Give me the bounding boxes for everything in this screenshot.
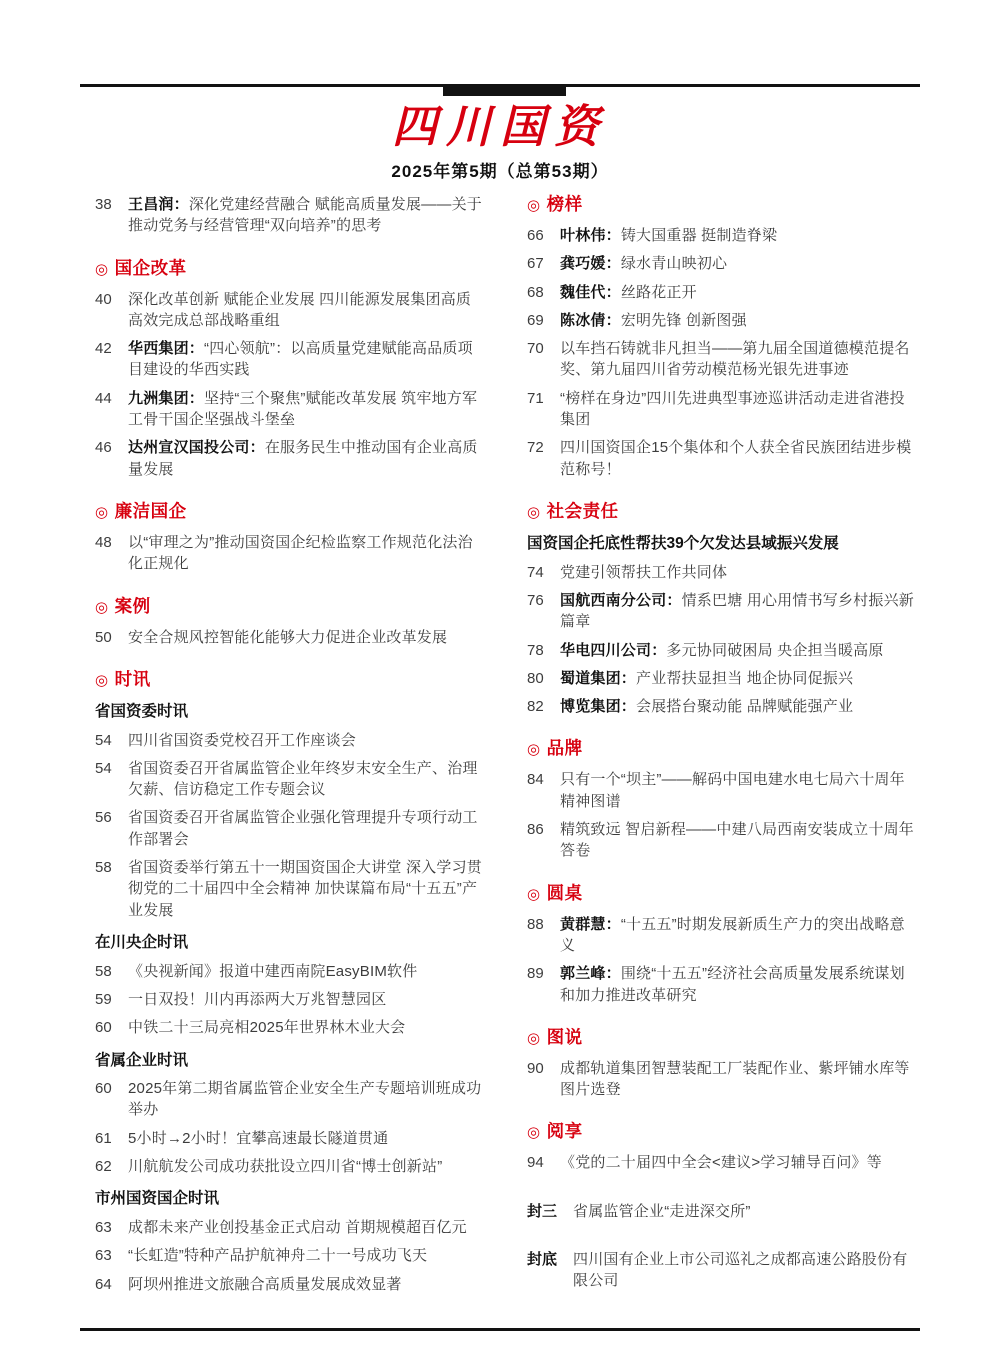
entry-title-text: 只有一个“坝主”——解码中国电建水电七局六十周年精神图谱 <box>560 771 905 809</box>
page-number: 63 <box>95 1217 128 1238</box>
page-number: 82 <box>527 696 560 717</box>
page-number: 42 <box>95 338 128 381</box>
toc-entry: 38王昌润：深化党建经营融合 赋能高质量发展——关于推动党务与经营管理“双向培养… <box>95 194 485 237</box>
entry-title-text: 阿坝州推进文旅融合高质量发展成效显著 <box>128 1276 402 1293</box>
entry-author-name: 陈冰倩： <box>560 312 621 329</box>
masthead: 四川国资 2025年第5期（总第53期） <box>0 102 1000 182</box>
toc-entry: 58省国资委举行第五十一期国资国企大讲堂 深入学习贯彻党的二十届四中全会精神 加… <box>95 857 485 921</box>
section-heading: ◎图说 <box>527 1027 917 1048</box>
page-number: 64 <box>95 1274 128 1295</box>
entry-title-text: 产业帮扶显担当 地企协同促振兴 <box>636 670 853 687</box>
entry-title-text: 四川国有企业上市公司巡礼之成都高速公路股份有限公司 <box>573 1251 907 1289</box>
double-circle-bullet-icon: ◎ <box>527 505 541 520</box>
entry-title-text: 5小时→2小时！宜攀高速最长隧道贯通 <box>128 1130 388 1147</box>
toc-entry: 48以“审理之为”推动国资国企纪检监察工作规范化法治化正规化 <box>95 532 485 575</box>
toc-entry: 58《央视新闻》报道中建西南院EasyBIM软件 <box>95 961 485 982</box>
entry-title: 陈冰倩：宏明先锋 创新图强 <box>560 310 917 331</box>
page-number: 58 <box>95 857 128 921</box>
entry-title: 深化改革创新 赋能企业发展 四川能源发展集团高质高效完成总部战略重组 <box>128 289 485 332</box>
entry-title-text: 丝路花正开 <box>621 284 697 301</box>
entry-title: 郭兰峰：围绕“十五五”经济社会高质量发展系统谋划和加力推进改革研究 <box>560 963 917 1006</box>
entry-title: 中铁二十三局亮相2025年世界林木业大会 <box>128 1017 485 1038</box>
toc-entry: 69陈冰倩：宏明先锋 创新图强 <box>527 310 917 331</box>
entry-author-name: 叶林伟： <box>560 227 621 244</box>
page-number: 40 <box>95 289 128 332</box>
toc-entry: 70以车挡石铸就非凡担当——第九届全国道德模范提名奖、第九届四川省劳动模范杨光银… <box>527 338 917 381</box>
entry-title: 王昌润：深化党建经营融合 赋能高质量发展——关于推动党务与经营管理“双向培养”的… <box>128 194 485 237</box>
double-circle-bullet-icon: ◎ <box>527 887 541 902</box>
section-heading: ◎时讯 <box>95 669 485 690</box>
entry-title-text: 2025年第二期省属监管企业安全生产专题培训班成功举办 <box>128 1080 481 1118</box>
page-number: 76 <box>527 590 560 633</box>
entry-title: 国航西南分公司：情系巴塘 用心用情书写乡村振兴新篇章 <box>560 590 917 633</box>
group-subheading: 国资国企托底性帮扶39个欠发达县域振兴发展 <box>527 533 917 555</box>
entry-title: 华电四川公司：多元协同破困局 央企担当暖高原 <box>560 640 917 661</box>
entry-title-text: 省国资委举行第五十一期国资国企大讲堂 深入学习贯彻党的二十届四中全会精神 加快谋… <box>128 859 482 919</box>
toc-page: 四川国资 2025年第5期（总第53期） 38王昌润：深化党建经营融合 赋能高质… <box>0 0 1000 1356</box>
toc-entry: 54四川省国资委党校召开工作座谈会 <box>95 730 485 751</box>
toc-entry: 72四川国资国企15个集体和个人获全省民族团结进步模范称号！ <box>527 437 917 480</box>
entry-title-text: 深化改革创新 赋能企业发展 四川能源发展集团高质高效完成总部战略重组 <box>128 291 471 329</box>
toc-entry: 90成都轨道集团智慧装配工厂装配作业、紫坪铺水库等图片选登 <box>527 1058 917 1101</box>
toc-entry: 94《党的二十届四中全会<建议>学习辅导百问》等 <box>527 1152 917 1173</box>
entry-title: 精筑致远 智启新程——中建八局西南安装成立十周年答卷 <box>560 819 917 862</box>
entry-title: 华西集团：“四心领航”：以高质量党建赋能高品质项目建设的华西实践 <box>128 338 485 381</box>
entry-title: 5小时→2小时！宜攀高速最长隧道贯通 <box>128 1128 485 1149</box>
bottom-rule <box>80 1328 920 1331</box>
section-heading-label: 图说 <box>547 1027 583 1048</box>
toc-entry: 89郭兰峰：围绕“十五五”经济社会高质量发展系统谋划和加力推进改革研究 <box>527 963 917 1006</box>
double-circle-bullet-icon: ◎ <box>527 1125 541 1140</box>
section-heading-label: 圆桌 <box>547 883 583 904</box>
toc-entry: 82博览集团：会展搭台聚动能 品牌赋能强产业 <box>527 696 917 717</box>
toc-entry: 78华电四川公司：多元协同破困局 央企担当暖高原 <box>527 640 917 661</box>
toc-column-right: ◎榜样66叶林伟：铸大国重器 挺制造脊梁67龚巧媛：绿水青山映初心68魏佳代：丝… <box>527 194 917 1299</box>
section-heading-label: 时讯 <box>115 669 151 690</box>
page-number: 48 <box>95 532 128 575</box>
entry-title: 川航航发公司成功获批设立四川省“博士创新站” <box>128 1156 485 1177</box>
section-heading-label: 廉洁国企 <box>115 501 187 522</box>
page-number: 封底 <box>527 1249 573 1292</box>
toc-entry: 42华西集团：“四心领航”：以高质量党建赋能高品质项目建设的华西实践 <box>95 338 485 381</box>
toc-entry: 封三省属监管企业“走进深交所” <box>527 1201 917 1222</box>
entry-title-text: 省属监管企业“走进深交所” <box>573 1203 751 1220</box>
entry-title-text: 成都轨道集团智慧装配工厂装配作业、紫坪铺水库等图片选登 <box>560 1060 910 1098</box>
entry-title-text: 四川省国资委党校召开工作座谈会 <box>128 732 356 749</box>
page-number: 72 <box>527 437 560 480</box>
toc-entry: 封底四川国有企业上市公司巡礼之成都高速公路股份有限公司 <box>527 1249 917 1292</box>
entry-title: 九洲集团：坚持“三个聚焦”赋能改革发展 筑牢地方军工骨干国企坚强战斗堡垒 <box>128 388 485 431</box>
entry-title-text: “榜样在身边”四川先进典型事迹巡讲活动走进省港投集团 <box>560 390 905 428</box>
page-number: 74 <box>527 562 560 583</box>
group-subheading: 在川央企时讯 <box>95 932 485 954</box>
section-heading: ◎案例 <box>95 596 485 617</box>
entry-title: 龚巧媛：绿水青山映初心 <box>560 253 917 274</box>
entry-title: 达州宣汉国投公司：在服务民生中推动国有企业高质量发展 <box>128 437 485 480</box>
entry-title: 以“审理之为”推动国资国企纪检监察工作规范化法治化正规化 <box>128 532 485 575</box>
entry-author-name: 龚巧媛： <box>560 255 621 272</box>
entry-title-text: 铸大国重器 挺制造脊梁 <box>621 227 777 244</box>
entry-title-text: 以“审理之为”推动国资国企纪检监察工作规范化法治化正规化 <box>128 534 473 572</box>
toc-entry: 54省国资委召开省属监管企业年终岁末安全生产、治理欠薪、信访稳定工作专题会议 <box>95 758 485 801</box>
section-heading-label: 国企改革 <box>115 258 187 279</box>
entry-title: 安全合规风控智能化能够大力促进企业改革发展 <box>128 627 485 648</box>
page-number: 90 <box>527 1058 560 1101</box>
entry-title-text: 一日双投！川内再添两大万兆智慧园区 <box>128 991 386 1008</box>
entry-title-text: 党建引领帮扶工作共同体 <box>560 564 727 581</box>
group-subheading: 省属企业时讯 <box>95 1050 485 1072</box>
toc-entry: 615小时→2小时！宜攀高速最长隧道贯通 <box>95 1128 485 1149</box>
entry-title: 省属监管企业“走进深交所” <box>573 1201 917 1222</box>
entry-author-name: 蜀道集团： <box>560 670 636 687</box>
entry-author-name: 国航西南分公司： <box>560 592 682 609</box>
entry-author-name: 达州宣汉国投公司： <box>128 439 265 456</box>
entry-author-name: 九洲集团： <box>128 390 204 407</box>
page-number: 58 <box>95 961 128 982</box>
page-number: 80 <box>527 668 560 689</box>
entry-title: 2025年第二期省属监管企业安全生产专题培训班成功举办 <box>128 1078 485 1121</box>
double-circle-bullet-icon: ◎ <box>95 600 109 615</box>
page-number: 89 <box>527 963 560 1006</box>
entry-title-text: 川航航发公司成功获批设立四川省“博士创新站” <box>128 1158 442 1175</box>
page-number: 86 <box>527 819 560 862</box>
section-heading-label: 案例 <box>115 596 151 617</box>
toc-entry: 63“长虹造”特种产品护航神舟二十一号成功飞天 <box>95 1245 485 1266</box>
entry-title-text: 省国资委召开省属监管企业强化管理提升专项行动工作部署会 <box>128 809 478 847</box>
entry-title: 省国资委举行第五十一期国资国企大讲堂 深入学习贯彻党的二十届四中全会精神 加快谋… <box>128 857 485 921</box>
entry-author-name: 华电四川公司： <box>560 642 666 659</box>
toc-columns: 38王昌润：深化党建经营融合 赋能高质量发展——关于推动党务与经营管理“双向培养… <box>95 194 917 1302</box>
toc-entry: 76国航西南分公司：情系巴塘 用心用情书写乡村振兴新篇章 <box>527 590 917 633</box>
double-circle-bullet-icon: ◎ <box>527 198 541 213</box>
section-heading: ◎阅享 <box>527 1121 917 1142</box>
entry-title: 四川国有企业上市公司巡礼之成都高速公路股份有限公司 <box>573 1249 917 1292</box>
toc-entry: 56省国资委召开省属监管企业强化管理提升专项行动工作部署会 <box>95 807 485 850</box>
entry-title: 黄群慧：“十五五”时期发展新质生产力的突出战略意义 <box>560 914 917 957</box>
section-heading-label: 品牌 <box>547 738 583 759</box>
entry-title-text: 《央视新闻》报道中建西南院EasyBIM软件 <box>128 963 417 980</box>
page-number: 59 <box>95 989 128 1010</box>
page-number: 54 <box>95 758 128 801</box>
entry-title-text: 宏明先锋 创新图强 <box>621 312 747 329</box>
toc-entry: 62川航航发公司成功获批设立四川省“博士创新站” <box>95 1156 485 1177</box>
entry-title: 只有一个“坝主”——解码中国电建水电七局六十周年精神图谱 <box>560 769 917 812</box>
entry-title: “榜样在身边”四川先进典型事迹巡讲活动走进省港投集团 <box>560 388 917 431</box>
entry-author-name: 博览集团： <box>560 698 636 715</box>
page-number: 60 <box>95 1017 128 1038</box>
entry-title-text: 省国资委召开省属监管企业年终岁末安全生产、治理欠薪、信访稳定工作专题会议 <box>128 760 478 798</box>
page-number: 54 <box>95 730 128 751</box>
top-rule-thick-segment <box>443 84 566 96</box>
double-circle-bullet-icon: ◎ <box>95 673 109 688</box>
toc-entry: 46达州宣汉国投公司：在服务民生中推动国有企业高质量发展 <box>95 437 485 480</box>
entry-title: 魏佳代：丝路花正开 <box>560 282 917 303</box>
issue-info: 2025年第5期（总第53期） <box>0 157 1000 182</box>
page-number: 78 <box>527 640 560 661</box>
entry-title: 党建引领帮扶工作共同体 <box>560 562 917 583</box>
group-subheading: 市州国资国企时讯 <box>95 1188 485 1210</box>
toc-entry: 67龚巧媛：绿水青山映初心 <box>527 253 917 274</box>
entry-title-text: 四川国资国企15个集体和个人获全省民族团结进步模范称号！ <box>560 439 912 477</box>
entry-title: 四川省国资委党校召开工作座谈会 <box>128 730 485 751</box>
entry-title-text: 精筑致远 智启新程——中建八局西南安装成立十周年答卷 <box>560 821 914 859</box>
section-heading: ◎廉洁国企 <box>95 501 485 522</box>
toc-entry: 88黄群慧：“十五五”时期发展新质生产力的突出战略意义 <box>527 914 917 957</box>
group-subheading: 省国资委时讯 <box>95 701 485 723</box>
toc-entry: 84只有一个“坝主”——解码中国电建水电七局六十周年精神图谱 <box>527 769 917 812</box>
entry-title-text: 中铁二十三局亮相2025年世界林木业大会 <box>128 1019 405 1036</box>
entry-title: “长虹造”特种产品护航神舟二十一号成功飞天 <box>128 1245 485 1266</box>
double-circle-bullet-icon: ◎ <box>95 262 109 277</box>
entry-author-name: 黄群慧： <box>560 916 621 933</box>
entry-title: 成都未来产业创投基金正式启动 首期规模超百亿元 <box>128 1217 485 1238</box>
page-number: 61 <box>95 1128 128 1149</box>
page-number: 84 <box>527 769 560 812</box>
page-number: 88 <box>527 914 560 957</box>
section-heading: ◎榜样 <box>527 194 917 215</box>
page-number: 56 <box>95 807 128 850</box>
double-circle-bullet-icon: ◎ <box>527 1031 541 1046</box>
page-number: 66 <box>527 225 560 246</box>
toc-entry: 80蜀道集团：产业帮扶显担当 地企协同促振兴 <box>527 668 917 689</box>
toc-entry: 44九洲集团：坚持“三个聚焦”赋能改革发展 筑牢地方军工骨干国企坚强战斗堡垒 <box>95 388 485 431</box>
toc-entry: 59一日双投！川内再添两大万兆智慧园区 <box>95 989 485 1010</box>
magazine-title: 四川国资 <box>0 102 1000 152</box>
entry-author-name: 王昌润： <box>128 196 189 213</box>
page-number: 94 <box>527 1152 560 1173</box>
toc-entry: 71“榜样在身边”四川先进典型事迹巡讲活动走进省港投集团 <box>527 388 917 431</box>
page-number: 38 <box>95 194 128 237</box>
page-number: 62 <box>95 1156 128 1177</box>
entry-title: 省国资委召开省属监管企业强化管理提升专项行动工作部署会 <box>128 807 485 850</box>
page-number: 63 <box>95 1245 128 1266</box>
page-number: 46 <box>95 437 128 480</box>
page-number: 69 <box>527 310 560 331</box>
entry-title-text: 以车挡石铸就非凡担当——第九届全国道德模范提名奖、第九届四川省劳动模范杨光银先进… <box>560 340 910 378</box>
entry-title: 四川国资国企15个集体和个人获全省民族团结进步模范称号！ <box>560 437 917 480</box>
entry-title-text: 成都未来产业创投基金正式启动 首期规模超百亿元 <box>128 1219 467 1236</box>
page-number: 44 <box>95 388 128 431</box>
entry-title-text: 安全合规风控智能化能够大力促进企业改革发展 <box>128 629 447 646</box>
entry-title-text: “长虹造”特种产品护航神舟二十一号成功飞天 <box>128 1247 427 1264</box>
toc-entry: 74党建引领帮扶工作共同体 <box>527 562 917 583</box>
entry-title: 成都轨道集团智慧装配工厂装配作业、紫坪铺水库等图片选登 <box>560 1058 917 1101</box>
entry-title: 省国资委召开省属监管企业年终岁末安全生产、治理欠薪、信访稳定工作专题会议 <box>128 758 485 801</box>
toc-entry: 50安全合规风控智能化能够大力促进企业改革发展 <box>95 627 485 648</box>
entry-title: 叶林伟：铸大国重器 挺制造脊梁 <box>560 225 917 246</box>
page-number: 68 <box>527 282 560 303</box>
toc-entry: 86精筑致远 智启新程——中建八局西南安装成立十周年答卷 <box>527 819 917 862</box>
entry-title-text: 多元协同破困局 央企担当暖高原 <box>666 642 883 659</box>
section-heading-label: 阅享 <box>547 1121 583 1142</box>
section-heading: ◎品牌 <box>527 738 917 759</box>
entry-title: 以车挡石铸就非凡担当——第九届全国道德模范提名奖、第九届四川省劳动模范杨光银先进… <box>560 338 917 381</box>
entry-title: 阿坝州推进文旅融合高质量发展成效显著 <box>128 1274 485 1295</box>
section-heading: ◎国企改革 <box>95 258 485 279</box>
toc-entry: 602025年第二期省属监管企业安全生产专题培训班成功举办 <box>95 1078 485 1121</box>
page-number: 70 <box>527 338 560 381</box>
page-number: 71 <box>527 388 560 431</box>
page-number: 60 <box>95 1078 128 1121</box>
toc-entry: 40深化改革创新 赋能企业发展 四川能源发展集团高质高效完成总部战略重组 <box>95 289 485 332</box>
entry-title-text: 《党的二十届四中全会<建议>学习辅导百问》等 <box>560 1154 882 1171</box>
entry-title: 《党的二十届四中全会<建议>学习辅导百问》等 <box>560 1152 917 1173</box>
toc-entry: 66叶林伟：铸大国重器 挺制造脊梁 <box>527 225 917 246</box>
toc-entry: 63成都未来产业创投基金正式启动 首期规模超百亿元 <box>95 1217 485 1238</box>
entry-author-name: 郭兰峰： <box>560 965 621 982</box>
section-heading: ◎社会责任 <box>527 501 917 522</box>
section-heading: ◎圆桌 <box>527 883 917 904</box>
entry-title-text: 会展搭台聚动能 品牌赋能强产业 <box>636 698 853 715</box>
entry-title: 《央视新闻》报道中建西南院EasyBIM软件 <box>128 961 485 982</box>
page-number: 封三 <box>527 1201 573 1222</box>
page-number: 50 <box>95 627 128 648</box>
entry-author-name: 魏佳代： <box>560 284 621 301</box>
double-circle-bullet-icon: ◎ <box>527 742 541 757</box>
toc-entry: 60中铁二十三局亮相2025年世界林木业大会 <box>95 1017 485 1038</box>
toc-column-left: 38王昌润：深化党建经营融合 赋能高质量发展——关于推动党务与经营管理“双向培养… <box>95 194 485 1302</box>
section-heading-label: 社会责任 <box>547 501 619 522</box>
entry-title: 一日双投！川内再添两大万兆智慧园区 <box>128 989 485 1010</box>
entry-title-text: 绿水青山映初心 <box>621 255 727 272</box>
toc-entry: 68魏佳代：丝路花正开 <box>527 282 917 303</box>
entry-title: 博览集团：会展搭台聚动能 品牌赋能强产业 <box>560 696 917 717</box>
double-circle-bullet-icon: ◎ <box>95 505 109 520</box>
section-heading-label: 榜样 <box>547 194 583 215</box>
entry-author-name: 华西集团： <box>128 340 204 357</box>
toc-entry: 64阿坝州推进文旅融合高质量发展成效显著 <box>95 1274 485 1295</box>
entry-title: 蜀道集团：产业帮扶显担当 地企协同促振兴 <box>560 668 917 689</box>
page-number: 67 <box>527 253 560 274</box>
